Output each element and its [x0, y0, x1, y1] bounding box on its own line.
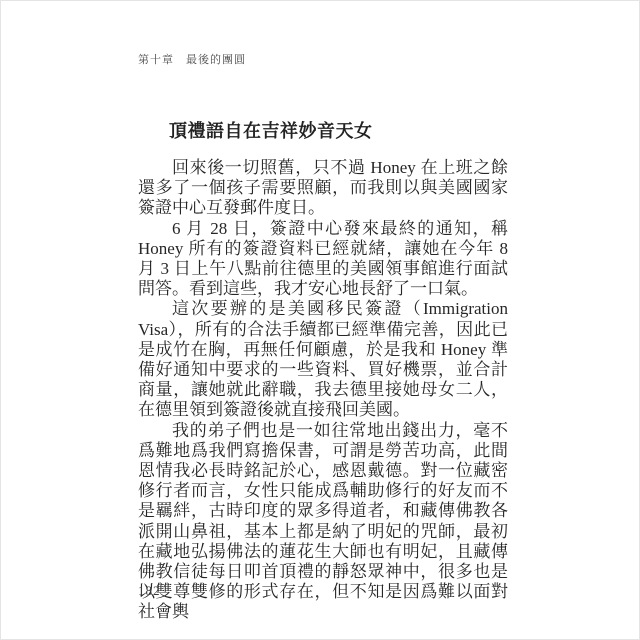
section-title: 頂禮語自在吉祥妙音天女 [169, 119, 373, 143]
paragraph: 6 月 28 日，簽證中心發來最終的通知，稱 Honey 所有的簽證資料已經就緒… [138, 219, 508, 300]
body-text-block: 回來後一切照舊，只不過 Honey 在上班之餘還多了一個孩子需要照顧，而我則以與… [138, 158, 508, 623]
running-header-chapter: 第十章 最後的團圓 [138, 53, 246, 67]
paragraph: 這次要辦的是美國移民簽證（Immigration Visa），所有的合法手續都已… [138, 299, 508, 420]
paragraph: 回來後一切照舊，只不過 Honey 在上班之餘還多了一個孩子需要照顧，而我則以與… [138, 158, 508, 219]
book-page: 第十章 最後的團圓 頂禮語自在吉祥妙音天女 回來後一切照舊，只不過 Honey … [0, 0, 640, 640]
page-number: 182 [138, 583, 161, 599]
paragraph: 我的弟子們也是一如往常地出錢出力，毫不爲難地爲我們寫擔保書，可謂是勞苦功高，此間… [138, 421, 508, 623]
